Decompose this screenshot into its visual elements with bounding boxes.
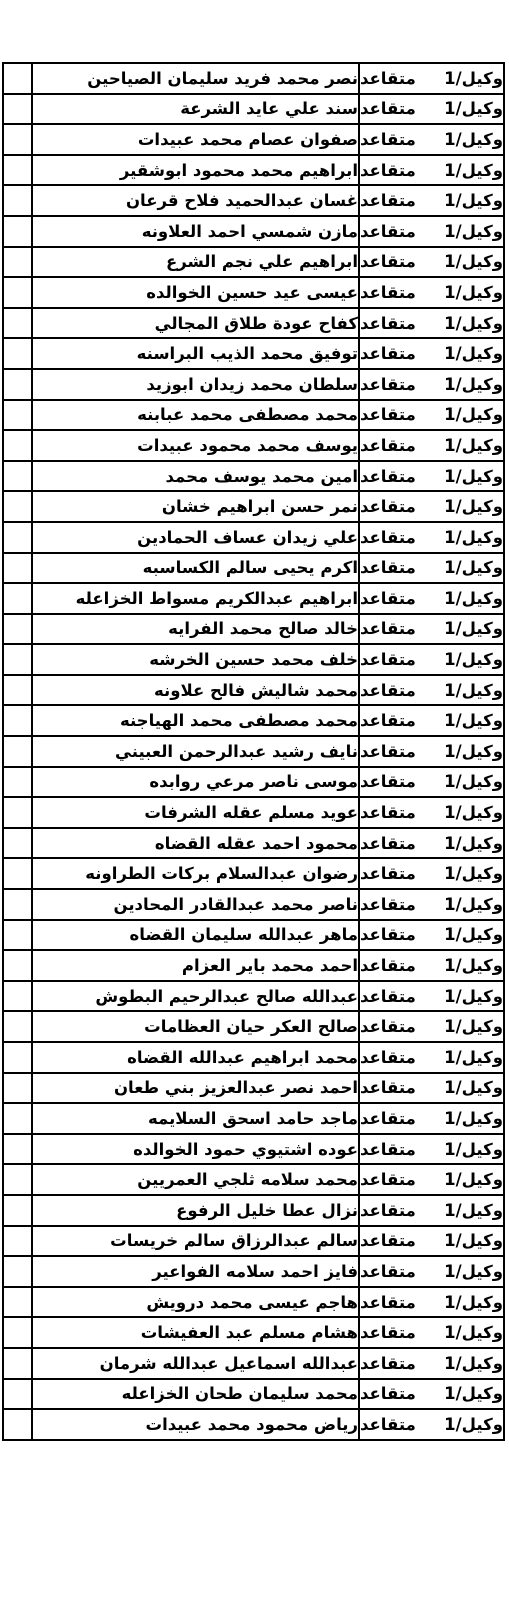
index-cell (3, 950, 32, 981)
index-cell (3, 614, 32, 645)
table-row: هاجم عيسى محمد درويش وكيل/1 متقاعد (3, 1287, 504, 1318)
index-cell (3, 981, 32, 1012)
table-row: علي زيدان عساف الحمادين وكيل/1 متقاعد (3, 522, 504, 553)
index-cell (3, 675, 32, 706)
table-row: صالح العكر حيان العظامات وكيل/1 متقاعد (3, 1011, 504, 1042)
name-cell: محمود احمد عقله القضاه (32, 828, 359, 859)
index-cell (3, 461, 32, 492)
name-cell: عويد مسلم عقله الشرفات (32, 797, 359, 828)
name-cell: ماهر عبدالله سليمان القضاه (32, 920, 359, 951)
table-row: محمد ابراهيم عبدالله القضاه وكيل/1 متقاع… (3, 1042, 504, 1073)
index-cell (3, 277, 32, 308)
table-row: ماجد حامد اسحق السلايمه وكيل/1 متقاعد (3, 1103, 504, 1134)
table-row: عبدالله اسماعيل عبدالله شرمان وكيل/1 متق… (3, 1348, 504, 1379)
rank-cell: وكيل/1 متقاعد (359, 94, 504, 125)
index-cell (3, 767, 32, 798)
index-cell (3, 1226, 32, 1257)
name-cell: نمر حسن ابراهيم خشان (32, 491, 359, 522)
name-cell: سلطان محمد زيدان ابوزيد (32, 369, 359, 400)
name-cell: علي زيدان عساف الحمادين (32, 522, 359, 553)
name-cell: محمد مصطفى محمد عبابنه (32, 400, 359, 431)
rank-cell: وكيل/1 متقاعد (359, 1011, 504, 1042)
name-cell: نايف رشيد عبدالرحمن العبيني (32, 736, 359, 767)
rank-cell: وكيل/1 متقاعد (359, 981, 504, 1012)
rank-cell: وكيل/1 متقاعد (359, 736, 504, 767)
index-cell (3, 124, 32, 155)
name-cell: احمد محمد باير العزام (32, 950, 359, 981)
rank-cell: وكيل/1 متقاعد (359, 1073, 504, 1104)
index-cell (3, 1103, 32, 1134)
name-cell: صالح العكر حيان العظامات (32, 1011, 359, 1042)
index-cell (3, 1164, 32, 1195)
table-row: ابراهيم علي نجم الشرع وكيل/1 متقاعد (3, 247, 504, 278)
table-row: غسان عبدالحميد فلاح قرعان وكيل/1 متقاعد (3, 185, 504, 216)
rank-cell: وكيل/1 متقاعد (359, 522, 504, 553)
table-row: امين محمد يوسف محمد وكيل/1 متقاعد (3, 461, 504, 492)
table-row: صفوان عصام محمد عبيدات وكيل/1 متقاعد (3, 124, 504, 155)
name-cell: موسى ناصر مرعي روابده (32, 767, 359, 798)
index-cell (3, 1134, 32, 1165)
table-row: محمد سليمان طحان الخزاعله وكيل/1 متقاعد (3, 1379, 504, 1410)
table-row: نمر حسن ابراهيم خشان وكيل/1 متقاعد (3, 491, 504, 522)
name-cell: ابراهيم علي نجم الشرع (32, 247, 359, 278)
rank-cell: وكيل/1 متقاعد (359, 155, 504, 186)
table-row: احمد محمد باير العزام وكيل/1 متقاعد (3, 950, 504, 981)
rank-cell: وكيل/1 متقاعد (359, 185, 504, 216)
rank-cell: وكيل/1 متقاعد (359, 1409, 504, 1440)
index-cell (3, 583, 32, 614)
index-cell (3, 308, 32, 339)
name-cell: سند علي عايد الشرعة (32, 94, 359, 125)
rank-cell: وكيل/1 متقاعد (359, 1103, 504, 1134)
table-row: توفيق محمد الذيب البراسنه وكيل/1 متقاعد (3, 338, 504, 369)
table-row: هشام مسلم عبد العفيشات وكيل/1 متقاعد (3, 1317, 504, 1348)
table-row: خلف محمد حسين الخرشه وكيل/1 متقاعد (3, 644, 504, 675)
name-cell: محمد سلامه ثلجي العمريين (32, 1164, 359, 1195)
index-cell (3, 94, 32, 125)
table-row: يوسف محمد محمود عبيدات وكيل/1 متقاعد (3, 430, 504, 461)
index-cell (3, 1073, 32, 1104)
name-cell: رياض محمود محمد عبيدات (32, 1409, 359, 1440)
index-cell (3, 216, 32, 247)
retired-personnel-table: نصر محمد فريد سليمان الصياحين وكيل/1 متق… (2, 62, 505, 1441)
table-row: سند علي عايد الشرعة وكيل/1 متقاعد (3, 94, 504, 125)
name-cell: ابراهيم محمد محمود ابوشقير (32, 155, 359, 186)
table-row: نصر محمد فريد سليمان الصياحين وكيل/1 متق… (3, 63, 504, 94)
index-cell (3, 1287, 32, 1318)
name-cell: اكرم يحيى سالم الكساسبه (32, 553, 359, 584)
table-body: نصر محمد فريد سليمان الصياحين وكيل/1 متق… (3, 63, 504, 1440)
rank-cell: وكيل/1 متقاعد (359, 400, 504, 431)
index-cell (3, 1317, 32, 1348)
name-cell: محمد سليمان طحان الخزاعله (32, 1379, 359, 1410)
rank-cell: وكيل/1 متقاعد (359, 1287, 504, 1318)
rank-cell: وكيل/1 متقاعد (359, 797, 504, 828)
index-cell (3, 1256, 32, 1287)
rank-cell: وكيل/1 متقاعد (359, 308, 504, 339)
index-cell (3, 1195, 32, 1226)
rank-cell: وكيل/1 متقاعد (359, 583, 504, 614)
index-cell (3, 828, 32, 859)
table-row: سالم عبدالرزاق سالم خريسات وكيل/1 متقاعد (3, 1226, 504, 1257)
name-cell: ابراهيم عبدالكريم مسواط الخزاعله (32, 583, 359, 614)
index-cell (3, 644, 32, 675)
rank-cell: وكيل/1 متقاعد (359, 920, 504, 951)
table-row: محمد سلامه ثلجي العمريين وكيل/1 متقاعد (3, 1164, 504, 1195)
index-cell (3, 920, 32, 951)
index-cell (3, 369, 32, 400)
index-cell (3, 1409, 32, 1440)
index-cell (3, 185, 32, 216)
table-row: نايف رشيد عبدالرحمن العبيني وكيل/1 متقاع… (3, 736, 504, 767)
rank-cell: وكيل/1 متقاعد (359, 644, 504, 675)
name-cell: خلف محمد حسين الخرشه (32, 644, 359, 675)
rank-cell: وكيل/1 متقاعد (359, 1134, 504, 1165)
table-row: كفاح عودة طلاق المجالي وكيل/1 متقاعد (3, 308, 504, 339)
name-cell: هشام مسلم عبد العفيشات (32, 1317, 359, 1348)
table-row: محمد شاليش فالح علاونه وكيل/1 متقاعد (3, 675, 504, 706)
name-cell: ناصر محمد عبدالقادر المحادين (32, 889, 359, 920)
table-row: احمد نصر عبدالعزيز بني طعان وكيل/1 متقاع… (3, 1073, 504, 1104)
table-row: نزال عطا خليل الرفوع وكيل/1 متقاعد (3, 1195, 504, 1226)
index-cell (3, 1379, 32, 1410)
table-row: اكرم يحيى سالم الكساسبه وكيل/1 متقاعد (3, 553, 504, 584)
rank-cell: وكيل/1 متقاعد (359, 1379, 504, 1410)
rank-cell: وكيل/1 متقاعد (359, 858, 504, 889)
rank-cell: وكيل/1 متقاعد (359, 1164, 504, 1195)
table-row: عيسى عيد حسين الخوالده وكيل/1 متقاعد (3, 277, 504, 308)
name-cell: احمد نصر عبدالعزيز بني طعان (32, 1073, 359, 1104)
table-row: سلطان محمد زيدان ابوزيد وكيل/1 متقاعد (3, 369, 504, 400)
rank-cell: وكيل/1 متقاعد (359, 1195, 504, 1226)
name-cell: خالد صالح محمد الفرايه (32, 614, 359, 645)
index-cell (3, 338, 32, 369)
rank-cell: وكيل/1 متقاعد (359, 950, 504, 981)
index-cell (3, 705, 32, 736)
name-cell: ماجد حامد اسحق السلايمه (32, 1103, 359, 1134)
name-cell: نزال عطا خليل الرفوع (32, 1195, 359, 1226)
index-cell (3, 736, 32, 767)
table-row: موسى ناصر مرعي روابده وكيل/1 متقاعد (3, 767, 504, 798)
name-cell: محمد شاليش فالح علاونه (32, 675, 359, 706)
name-cell: يوسف محمد محمود عبيدات (32, 430, 359, 461)
table-row: ابراهيم عبدالكريم مسواط الخزاعله وكيل/1 … (3, 583, 504, 614)
table-row: عوده اشتيوي حمود الخوالده وكيل/1 متقاعد (3, 1134, 504, 1165)
name-cell: فايز احمد سلامه الفواعير (32, 1256, 359, 1287)
index-cell (3, 63, 32, 94)
index-cell (3, 522, 32, 553)
rank-cell: وكيل/1 متقاعد (359, 889, 504, 920)
index-cell (3, 858, 32, 889)
name-cell: محمد مصطفى محمد الهياجنه (32, 705, 359, 736)
index-cell (3, 553, 32, 584)
rank-cell: وكيل/1 متقاعد (359, 1226, 504, 1257)
table-row: محمود احمد عقله القضاه وكيل/1 متقاعد (3, 828, 504, 859)
name-cell: عوده اشتيوي حمود الخوالده (32, 1134, 359, 1165)
name-cell: عبدالله اسماعيل عبدالله شرمان (32, 1348, 359, 1379)
table-row: عبدالله صالح عبدالرحيم البطوش وكيل/1 متق… (3, 981, 504, 1012)
index-cell (3, 430, 32, 461)
table-row: رضوان عبدالسلام بركات الطراونه وكيل/1 مت… (3, 858, 504, 889)
index-cell (3, 155, 32, 186)
name-cell: محمد ابراهيم عبدالله القضاه (32, 1042, 359, 1073)
document-page: نصر محمد فريد سليمان الصياحين وكيل/1 متق… (0, 0, 509, 1605)
index-cell (3, 247, 32, 278)
rank-cell: وكيل/1 متقاعد (359, 430, 504, 461)
name-cell: نصر محمد فريد سليمان الصياحين (32, 63, 359, 94)
table-row: خالد صالح محمد الفرايه وكيل/1 متقاعد (3, 614, 504, 645)
rank-cell: وكيل/1 متقاعد (359, 828, 504, 859)
name-cell: كفاح عودة طلاق المجالي (32, 308, 359, 339)
index-cell (3, 1042, 32, 1073)
rank-cell: وكيل/1 متقاعد (359, 124, 504, 155)
name-cell: هاجم عيسى محمد درويش (32, 1287, 359, 1318)
table-row: ناصر محمد عبدالقادر المحادين وكيل/1 متقا… (3, 889, 504, 920)
name-cell: رضوان عبدالسلام بركات الطراونه (32, 858, 359, 889)
index-cell (3, 1011, 32, 1042)
rank-cell: وكيل/1 متقاعد (359, 675, 504, 706)
index-cell (3, 1348, 32, 1379)
name-cell: سالم عبدالرزاق سالم خريسات (32, 1226, 359, 1257)
rank-cell: وكيل/1 متقاعد (359, 1348, 504, 1379)
index-cell (3, 491, 32, 522)
rank-cell: وكيل/1 متقاعد (359, 1042, 504, 1073)
table-row: ماهر عبدالله سليمان القضاه وكيل/1 متقاعد (3, 920, 504, 951)
name-cell: غسان عبدالحميد فلاح قرعان (32, 185, 359, 216)
name-cell: توفيق محمد الذيب البراسنه (32, 338, 359, 369)
rank-cell: وكيل/1 متقاعد (359, 277, 504, 308)
rank-cell: وكيل/1 متقاعد (359, 1256, 504, 1287)
rank-cell: وكيل/1 متقاعد (359, 767, 504, 798)
rank-cell: وكيل/1 متقاعد (359, 247, 504, 278)
table-row: ابراهيم محمد محمود ابوشقير وكيل/1 متقاعد (3, 155, 504, 186)
table-row: محمد مصطفى محمد عبابنه وكيل/1 متقاعد (3, 400, 504, 431)
rank-cell: وكيل/1 متقاعد (359, 216, 504, 247)
index-cell (3, 797, 32, 828)
name-cell: عيسى عيد حسين الخوالده (32, 277, 359, 308)
table-row: محمد مصطفى محمد الهياجنه وكيل/1 متقاعد (3, 705, 504, 736)
table-row: رياض محمود محمد عبيدات وكيل/1 متقاعد (3, 1409, 504, 1440)
table-row: عويد مسلم عقله الشرفات وكيل/1 متقاعد (3, 797, 504, 828)
name-cell: مازن شمسي احمد العلاونه (32, 216, 359, 247)
rank-cell: وكيل/1 متقاعد (359, 461, 504, 492)
name-cell: صفوان عصام محمد عبيدات (32, 124, 359, 155)
rank-cell: وكيل/1 متقاعد (359, 338, 504, 369)
rank-cell: وكيل/1 متقاعد (359, 369, 504, 400)
table-row: فايز احمد سلامه الفواعير وكيل/1 متقاعد (3, 1256, 504, 1287)
name-cell: عبدالله صالح عبدالرحيم البطوش (32, 981, 359, 1012)
rank-cell: وكيل/1 متقاعد (359, 705, 504, 736)
index-cell (3, 400, 32, 431)
index-cell (3, 889, 32, 920)
rank-cell: وكيل/1 متقاعد (359, 1317, 504, 1348)
rank-cell: وكيل/1 متقاعد (359, 553, 504, 584)
rank-cell: وكيل/1 متقاعد (359, 63, 504, 94)
table-row: مازن شمسي احمد العلاونه وكيل/1 متقاعد (3, 216, 504, 247)
name-cell: امين محمد يوسف محمد (32, 461, 359, 492)
rank-cell: وكيل/1 متقاعد (359, 491, 504, 522)
rank-cell: وكيل/1 متقاعد (359, 614, 504, 645)
